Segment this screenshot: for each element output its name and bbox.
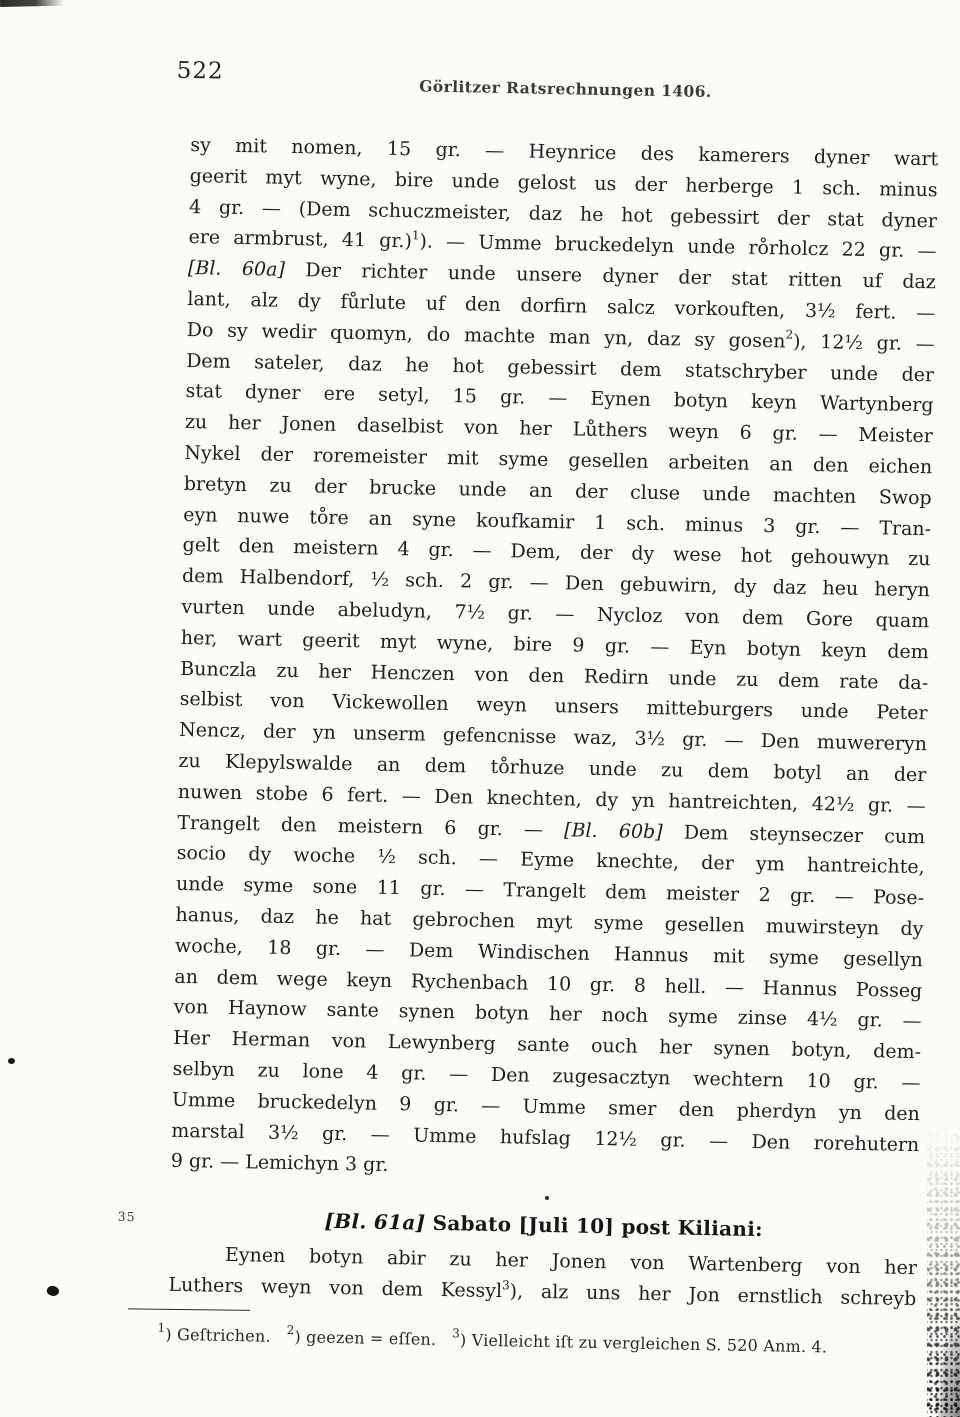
text-segment: [Bl. 61a]	[324, 1209, 425, 1235]
scan-speck	[8, 1058, 15, 1064]
footnote-marker: 2	[287, 1323, 295, 1337]
footnote-marker: 1	[157, 1321, 165, 1335]
text-segment: ere armbrust, 41 gr.)	[188, 226, 412, 252]
text-segment: [Bl. 60b]	[564, 819, 663, 843]
page-header: 522 Görlitzer Ratsrechnungen 1406.	[191, 58, 940, 130]
text-segment: Trangelt den meistern 6 gr. —	[177, 811, 564, 840]
footnote-marker: 3	[452, 1327, 460, 1341]
footnote-marker: 1	[412, 228, 420, 242]
running-header: Görlitzer Ratsrechnungen 1406.	[191, 72, 939, 105]
margin-line-number: 35	[117, 1204, 143, 1230]
footnote-marker: 3	[502, 1278, 510, 1292]
scan-edge-binding-shadow	[927, 1125, 960, 1417]
text-segment: ). — Umme bruckedelyn unde ro̊rholcz 22 …	[419, 231, 936, 263]
footnote-separator-rule	[128, 1308, 250, 1310]
paragraph: Eynen botyn abir zu her Jonen von Warten…	[168, 1239, 917, 1315]
footnote-marker: 2	[785, 328, 793, 342]
main-text: sy mit nomen, 15 gr. — Heynrice des kame…	[171, 130, 939, 1191]
text-segment: ), alz uns her Jon ernstlich schreyb	[509, 1280, 916, 1310]
scanned-book-page: 522 Görlitzer Ratsrechnungen 1406. sy mi…	[0, 0, 960, 1417]
text-segment: ) Geſtrichen.	[165, 1324, 287, 1345]
section-heading-text: [Bl. 61a] Sabato [Juli 10] post Kiliani:	[324, 1209, 763, 1241]
text-segment: [Bl. 60a]	[188, 257, 285, 281]
text-segment: ) geezen = eſſen.	[294, 1327, 452, 1349]
text-block-container: 522 Görlitzer Ratsrechnungen 1406. sy mi…	[167, 58, 940, 1361]
text-segment: Sabato [Juli 10] post Kiliani:	[425, 1211, 763, 1241]
text-segment: Dem steynseczer cum	[662, 821, 925, 848]
text-segment: Luthers weyn von dem Kessyl	[168, 1274, 502, 1302]
text-segment: ), 12½ gr. —	[793, 330, 935, 355]
footnotes: 1) Geſtrichen. 2) geezen = eſſen. 3) Vie…	[157, 1322, 915, 1361]
scan-artifact-top-left	[0, 0, 64, 7]
text-segment: ) Vielleicht iſt zu vergleichen S. 520 A…	[460, 1330, 828, 1356]
scan-speck	[45, 1284, 60, 1298]
